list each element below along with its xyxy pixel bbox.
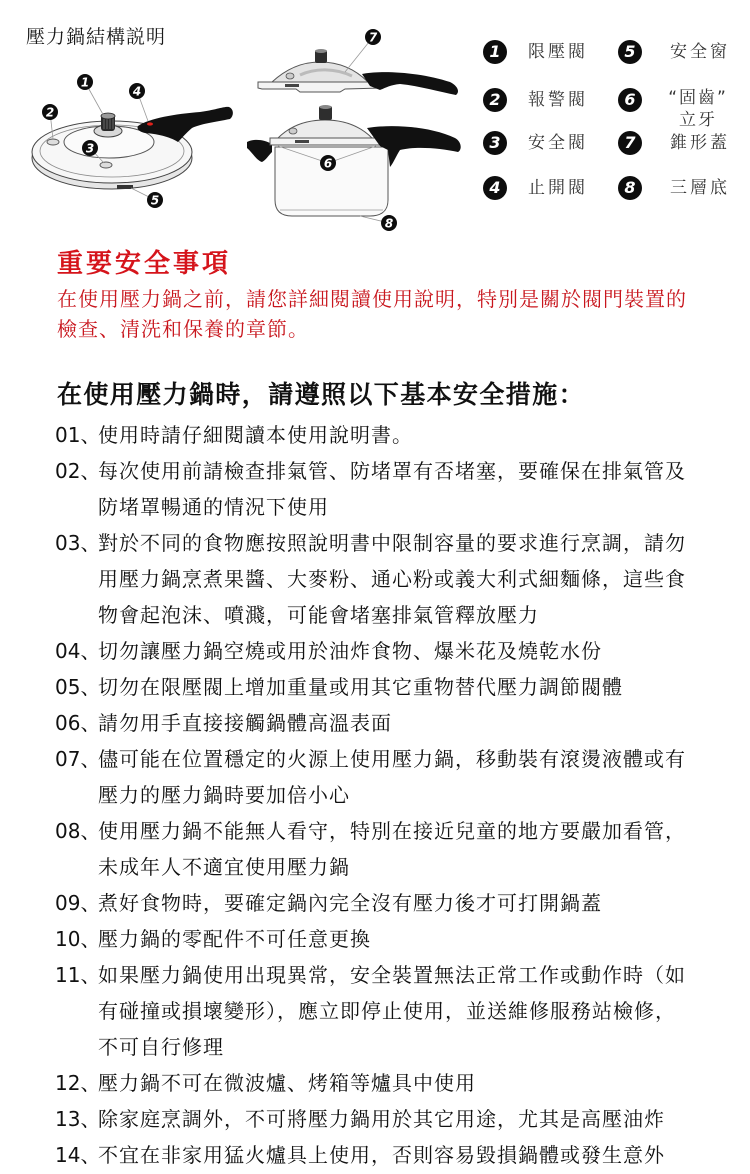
list-item: 14、 不宜在非家用猛火爐具上使用，否則容易毀損鍋體或發生意外 (55, 1137, 686, 1173)
item-number: 05、 (55, 669, 98, 705)
list-item: 11、 如果壓力鍋使用出現異常，安全裝置無法正常工作或動作時（如 有碰撞或損壞變… (55, 957, 686, 1065)
item-text: 不宜在非家用猛火爐具上使用，否則容易毀損鍋體或發生意外 (98, 1137, 665, 1173)
item-number: 09、 (55, 885, 98, 921)
list-item: 04、 切勿讓壓力鍋空燒或用於油炸食物、爆米花及燒乾水份 (55, 633, 686, 669)
callout-2: 2 (42, 104, 58, 120)
item-number: 03、 (55, 525, 98, 561)
callout-3: 3 (82, 140, 98, 156)
callout-number: 4 (132, 85, 141, 99)
item-text: 對於不同的食物應按照說明書中限制容量的要求進行烹調，請勿 (98, 525, 686, 561)
item-number: 04、 (55, 633, 98, 669)
pot-side-drawing (247, 105, 461, 216)
item-text: 壓力的壓力鍋時要加倍小心 (98, 777, 686, 813)
item-text: 壓力鍋的零配件不可任意更換 (98, 921, 371, 957)
legend-label-pressure-limit-valve: 限壓閥 (528, 41, 588, 63)
list-item: 03、 對於不同的食物應按照說明書中限制容量的要求進行烹調，請勿 用壓力鍋烹煮果… (55, 525, 686, 633)
item-text: 切勿在限壓閥上增加重量或用其它重物替代壓力調節閥體 (98, 669, 623, 705)
legend-label-triple-layer-base: 三層底 (670, 177, 730, 199)
item-text: 物會起泡沫、噴濺，可能會堵塞排氣管釋放壓力 (98, 597, 686, 633)
lid-top-view-drawing (32, 107, 233, 189)
item-text: 壓力鍋不可在微波爐、烤箱等爐具中使用 (98, 1065, 476, 1101)
legend-label-line: 立牙 (667, 109, 729, 131)
item-text: 煮好食物時，要確定鍋內完全沒有壓力後才可打開鍋蓋 (98, 885, 602, 921)
legend-label-stop-open-valve: 止開閥 (528, 177, 588, 199)
legend-label-safety-valve: 安全閥 (528, 132, 588, 154)
legend-number-badge: 4 (483, 176, 507, 200)
legend-number-badge: 2 (483, 88, 507, 112)
item-number: 14、 (55, 1137, 98, 1173)
callout-1: 1 (77, 74, 93, 90)
list-item: 07、 儘可能在位置穩定的火源上使用壓力鍋，移動裝有滾燙液體或有 壓力的壓力鍋時… (55, 741, 686, 813)
callout-8: 8 (381, 215, 397, 231)
list-item: 10、 壓力鍋的零配件不可任意更換 (55, 921, 686, 957)
pressure-cooker-diagram: 1 2 3 4 5 7 6 8 (0, 0, 470, 235)
item-number: 13、 (55, 1101, 98, 1137)
list-item: 01、 使用時請仔細閱讀本使用說明書。 (55, 417, 686, 453)
item-number: 11、 (55, 957, 98, 993)
notice-body: 在使用壓力鍋之前，請您詳細閱讀使用說明，特別是關於閥門裝置的 檢查、清洗和保養的… (57, 284, 687, 344)
legend-number-badge: 3 (483, 131, 507, 155)
list-item: 12、 壓力鍋不可在微波爐、烤箱等爐具中使用 (55, 1065, 686, 1101)
item-text: 未成年人不適宜使用壓力鍋 (98, 849, 686, 885)
item-number: 02、 (55, 453, 98, 489)
item-number: 01、 (55, 417, 98, 453)
callout-7: 7 (365, 29, 381, 45)
legend-label-line: “固齒” (667, 87, 729, 109)
item-text: 不可自行修理 (98, 1029, 686, 1065)
item-number: 10、 (55, 921, 98, 957)
legend-number-badge: 6 (618, 88, 642, 112)
item-number: 12、 (55, 1065, 98, 1101)
legend-number-badge: 1 (483, 40, 507, 64)
legend-number-badge: 7 (618, 131, 642, 155)
item-text: 防堵罩暢通的情況下使用 (98, 489, 686, 525)
item-text: 有碰撞或損壞變形），應立即停止使用，並送維修服務站檢修， (98, 993, 686, 1029)
callout-5: 5 (147, 192, 163, 208)
item-text: 用壓力鍋烹煮果醬、大麥粉、通心粉或義大利式細麵條，這些食 (98, 561, 686, 597)
item-number: 08、 (55, 813, 98, 849)
legend-label-alarm-valve: 報警閥 (528, 89, 588, 111)
notice-line: 在使用壓力鍋之前，請您詳細閱讀使用說明，特別是關於閥門裝置的 (57, 284, 687, 314)
legend-number-badge: 5 (618, 40, 642, 64)
item-number: 07、 (55, 741, 98, 777)
legend-number-badge: 8 (618, 176, 642, 200)
item-text: 每次使用前請檢查排氣管、防堵罩有否堵塞，要確保在排氣管及 (98, 453, 686, 489)
legend-label-locking-teeth: “固齒” 立牙 (667, 87, 729, 131)
callout-number: 8 (385, 217, 393, 231)
item-text: 請勿用手直接接觸鍋體高溫表面 (98, 705, 392, 741)
item-number: 06、 (55, 705, 98, 741)
list-item: 06、 請勿用手直接接觸鍋體高溫表面 (55, 705, 686, 741)
list-item: 05、 切勿在限壓閥上增加重量或用其它重物替代壓力調節閥體 (55, 669, 686, 705)
callout-number: 5 (151, 194, 159, 208)
list-item: 09、 煮好食物時，要確定鍋內完全沒有壓力後才可打開鍋蓋 (55, 885, 686, 921)
legend-label-cone-lid: 錐形蓋 (670, 132, 730, 154)
item-text: 使用壓力鍋不能無人看守，特別在接近兒童的地方要嚴加看管， (98, 813, 686, 849)
list-item: 13、 除家庭烹調外，不可將壓力鍋用於其它用途，尤其是高壓油炸 (55, 1101, 686, 1137)
item-text: 如果壓力鍋使用出現異常，安全裝置無法正常工作或動作時（如 (98, 957, 686, 993)
item-text: 儘可能在位置穩定的火源上使用壓力鍋，移動裝有滾燙液體或有 (98, 741, 686, 777)
item-text: 切勿讓壓力鍋空燒或用於油炸食物、爆米花及燒乾水份 (98, 633, 602, 669)
callout-number: 7 (369, 31, 378, 45)
callout-number: 3 (86, 142, 94, 156)
safety-heading: 在使用壓力鍋時，請遵照以下基本安全措施： (57, 380, 585, 410)
safety-list: 01、 使用時請仔細閱讀本使用說明書。 02、 每次使用前請檢查排氣管、防堵罩有… (55, 417, 686, 1173)
callout-6: 6 (320, 155, 336, 171)
legend-label-safety-window: 安全窗 (670, 41, 730, 63)
notice-line: 檢查、清洗和保養的章節。 (57, 314, 687, 344)
list-item: 02、 每次使用前請檢查排氣管、防堵罩有否堵塞，要確保在排氣管及 防堵罩暢通的情… (55, 453, 686, 525)
callout-4: 4 (129, 83, 145, 99)
callout-number: 6 (324, 157, 332, 171)
item-text: 使用時請仔細閱讀本使用說明書。 (98, 417, 413, 453)
list-item: 08、 使用壓力鍋不能無人看守，特別在接近兒童的地方要嚴加看管， 未成年人不適宜… (55, 813, 686, 885)
notice-heading: 重要安全事項 (57, 249, 231, 279)
callout-number: 2 (46, 106, 54, 120)
item-text: 除家庭烹調外，不可將壓力鍋用於其它用途，尤其是高壓油炸 (98, 1101, 665, 1137)
callout-number: 1 (81, 76, 89, 90)
